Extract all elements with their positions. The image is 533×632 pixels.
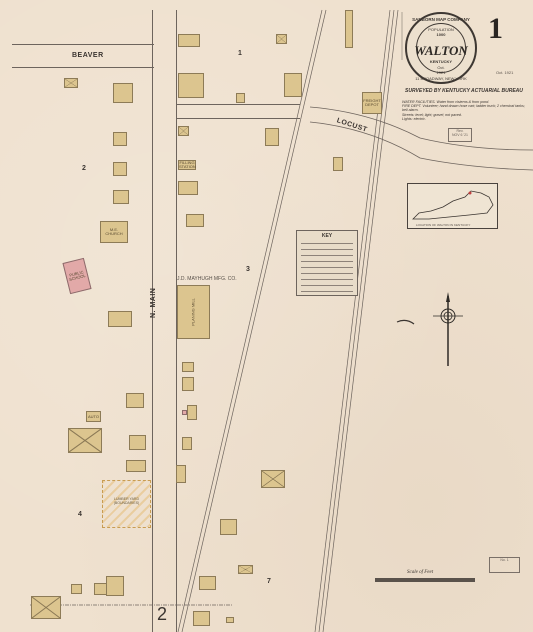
building-dwelling [182,437,192,450]
building-dwelling [126,393,144,408]
building-dwelling [182,377,194,391]
building-dwelling [108,311,132,327]
key-row [301,285,353,286]
note-lights: Lights: electric. [402,117,527,121]
block-number-1: 1 [238,50,242,57]
building-dwelling [106,576,124,596]
building-outbuilding [276,34,287,44]
block-number-3: 3 [246,266,250,273]
key-title: KEY [297,233,357,239]
building-shed [226,617,234,623]
building-outbuilding [178,126,189,136]
building-garage [238,565,253,574]
building-dwelling [284,73,302,97]
key-row [301,267,353,268]
key-row [301,261,353,262]
building-store [178,181,198,195]
seal-state: KENTUCKY [407,59,475,64]
block-number-7: 7 [267,578,271,585]
key-row [301,273,353,274]
key-row [301,279,353,280]
sanborn-map-sheet: BEAVER N. MAIN 1 2 3 4 7 LOC [0,0,533,632]
building-filling-station-north [178,73,204,98]
revision-stamp: Rev. NOV 6 '21 [448,128,472,142]
building-dwelling [113,162,127,176]
building-store [178,34,200,47]
title-seal: SANBORN MAP COMPANY POPULATION 1000 WALT… [405,12,477,84]
building-dwelling [187,405,197,420]
building-dwelling [220,519,237,535]
building-dwelling [129,435,146,450]
map-key-legend: KEY [296,230,358,296]
building-dwelling [193,611,210,626]
key-row [301,291,353,292]
building-dwelling [333,157,343,171]
key-row [301,255,353,256]
building-dwelling [186,214,204,227]
building-dwelling [113,132,127,146]
notes-block: WATER FACILITIES. Water from cisterns & … [402,100,527,121]
building-dwelling [113,190,129,204]
bottom-stamp: No. 1 [489,557,520,573]
building-dwelling [199,576,216,590]
lumber-yard: LUMBER YARD (BOUNDARIES) [102,480,151,528]
building-dwelling [176,465,186,483]
kentucky-outline [409,185,497,225]
building-shed [236,93,245,103]
key-row [301,249,353,250]
building-me-church: M.E. CHURCH [100,221,128,243]
seal-publisher: SANBORN MAP COMPANY [407,17,475,22]
seal-year: 1921 [407,70,475,75]
seal-city: WALTON [407,43,475,59]
corner-date-note: Oct. 1921 [496,70,513,75]
building-tool-house [345,10,353,48]
scale-label: Scale of Feet [407,570,433,575]
scale-bar [375,578,475,582]
building-freight-depot: FREIGHT DEPOT [362,92,382,114]
kentucky-inset-map: LOCATION OF WALTON IN KENTUCKY [407,183,498,229]
building-outbuilding [64,78,78,88]
seal-population: 1000 [407,32,475,37]
survey-credit: SURVEYED BY KENTUCKY ACTUARIAL BUREAU [405,88,523,94]
map-linework [0,0,533,632]
block-number-2: 2 [82,165,86,172]
adjoining-sheet-marker: 2 [157,604,167,625]
mill-company-label: J.D. MAYHUGH MFG. CO. [177,276,237,282]
seal-address: 11 BROADWAY, NEW YORK [407,76,475,81]
note-fire-dept: FIRE DEPT. Volunteer; hand drawn hose ca… [402,104,527,112]
building-filling-station: FILLING STATION [178,160,196,170]
building-barn [261,470,285,488]
building-dwelling [182,362,194,372]
key-row [301,243,353,244]
block-number-4: 4 [78,511,82,518]
building-dwelling [113,83,133,103]
building-auto: AUTO [86,411,101,422]
sheet-number: 1 [488,12,503,46]
building-planing-mill: PLANING MILL [177,285,210,339]
building-blacksmith [68,428,102,453]
building-warehouse [31,596,61,619]
inset-caption: LOCATION OF WALTON IN KENTUCKY [416,223,470,227]
building-dwelling [265,128,279,146]
building-shed [71,584,82,594]
building-dwelling [126,460,146,472]
